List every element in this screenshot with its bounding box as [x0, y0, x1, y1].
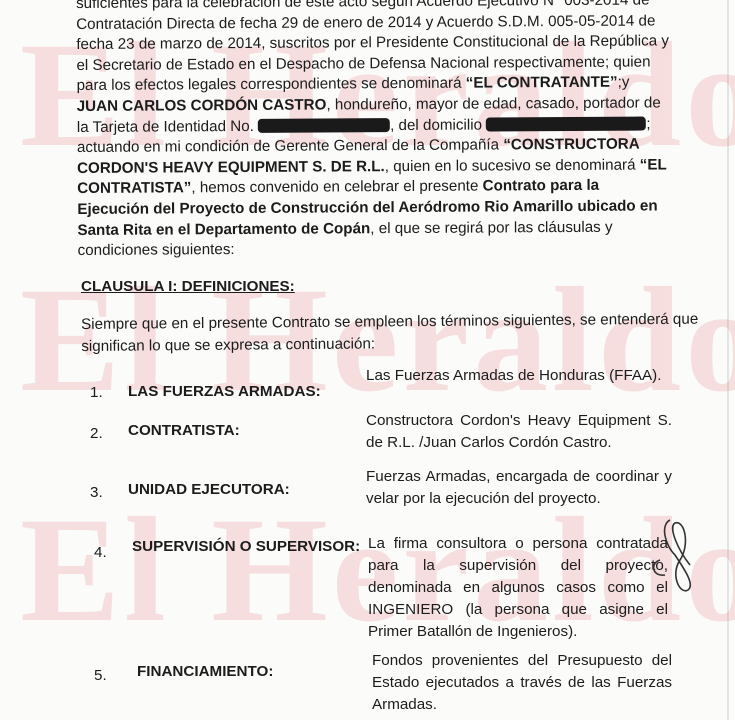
definition-text: Las Fuerzas Armadas de Honduras (FFAA). [366, 365, 672, 387]
definition-number: 1. [90, 384, 103, 401]
definition-term: FINANCIAMIENTO: [137, 663, 273, 680]
company-name: CORDON'S HEAVY EQUIPMENT S. DE R.L. [77, 158, 385, 177]
preamble-line: CORDON'S HEAVY EQUIPMENT S. DE R.L., qui… [77, 155, 707, 179]
contract-title: Ejecución del Proyecto de Construcción d… [77, 197, 657, 218]
text: , quien en lo sucesivo se denominará [385, 156, 640, 175]
contract-title: Contrato para la [483, 177, 600, 195]
text: , hemos convenido en celebrar el present… [191, 178, 482, 197]
text: ; [646, 115, 650, 132]
page-edge [727, 0, 729, 720]
text: , hondureño, mayor de edad, casado, port… [326, 94, 660, 113]
company-name: “CONSTRUCTORA [503, 136, 640, 154]
preamble-line: Ejecución del Proyecto de Construcción d… [77, 196, 707, 220]
definition-text: Fondos provenientes del Presupuesto del … [372, 650, 672, 716]
text: actuando en mi condición de Gerente Gene… [77, 137, 503, 157]
definition-term: UNIDAD EJECUTORA: [128, 481, 290, 498]
clause-title: CLAUSULA I: DEFINICIONES: [81, 278, 295, 295]
signature-mark [640, 515, 700, 595]
text: la Tarjeta de Identidad No. [77, 117, 258, 135]
definition-text: Fuerzas Armadas, encargada de coordinar … [366, 466, 672, 510]
definition-term: CONTRATISTA: [128, 422, 240, 439]
definition-term: SUPERVISIÓN O SUPERVISOR: [132, 538, 360, 555]
definition-text: Constructora Cordon's Heavy Equipment S.… [366, 410, 672, 454]
contratista-label: CONTRATISTA” [77, 180, 191, 198]
definition-term: LAS FUERZAS ARMADAS: [128, 383, 321, 400]
contratante-label: “EL CONTRATANTE” [466, 74, 618, 92]
redacted-address [486, 116, 646, 131]
clause-intro: Siempre que en el presente Contrato se e… [81, 309, 701, 358]
contratista-label: “EL [640, 156, 667, 173]
redacted-id-number [258, 118, 390, 133]
definition-text: La firma consultora o persona contratada… [368, 533, 668, 643]
text: , del domicilio [390, 116, 486, 134]
preamble-line: condiciones siguientes: [78, 237, 708, 261]
text: , el que se regirá por las cláusulas y [370, 218, 612, 236]
location: Santa Rita en el Departamento de Copán [77, 220, 370, 239]
definition-number: 3. [90, 484, 103, 501]
text: para los efectos legales correspondiente… [77, 75, 466, 94]
contractor-name: JUAN CARLOS CORDÓN CASTRO [77, 96, 327, 115]
definition-number: 5. [94, 667, 107, 684]
text: ;y [618, 74, 630, 91]
definition-number: 2. [90, 425, 103, 442]
definition-number: 4. [94, 544, 107, 561]
contract-preamble: suficientes para la celebración de este … [76, 0, 708, 262]
